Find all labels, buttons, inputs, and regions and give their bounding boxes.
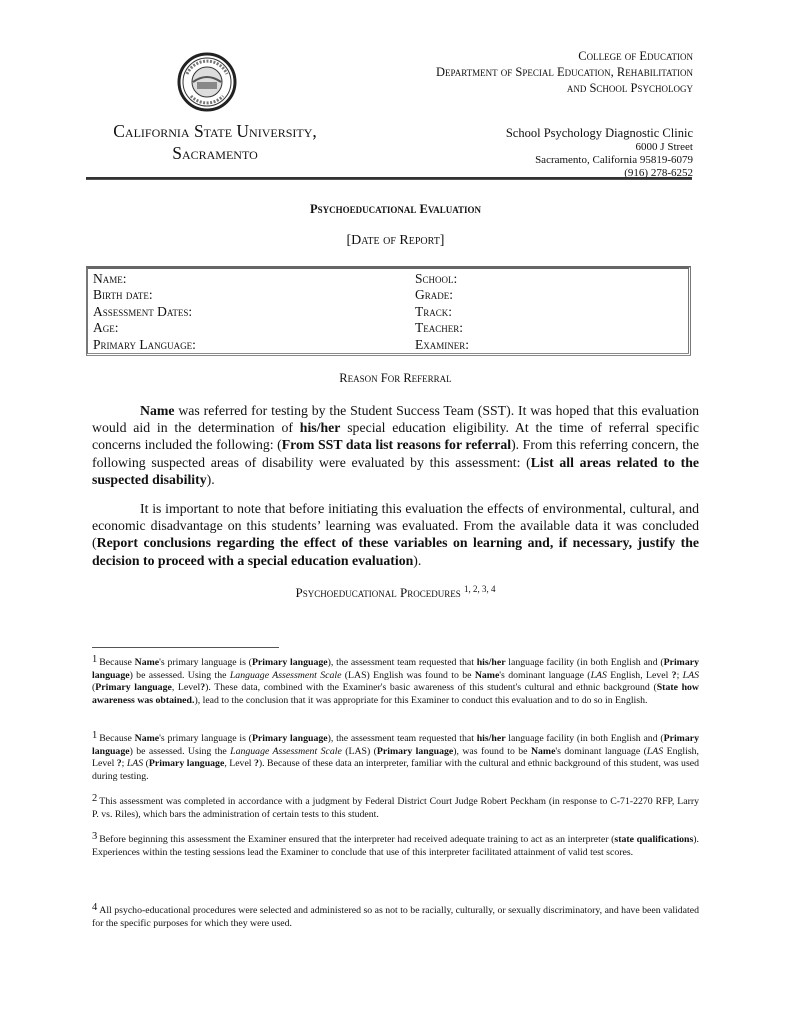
info-left-column: Name: Birth date: Assessment Dates: Age:… [93,271,196,353]
college-name: College of Education [436,48,693,64]
field-primary-language: Primary Language: [93,337,196,353]
field-teacher: Teacher: [415,320,469,336]
info-right-column: School: Grade: Track: Teacher: Examiner: [415,271,469,353]
university-seal-icon [177,52,237,112]
clinic-name: School Psychology Diagnostic Clinic [506,127,693,140]
field-name: Name: [93,271,196,287]
footnote-3: 3Before beginning this assessment the Ex… [92,834,699,859]
footnote-2: 2This assessment was completed in accord… [92,796,699,821]
report-date-placeholder: [Date of Report] [0,233,791,249]
header-divider [86,177,692,180]
clinic-address: School Psychology Diagnostic Clinic 6000… [506,127,693,180]
footnote-refs: 1, 2, 3, 4 [464,584,496,594]
document-title: Psychoeducational Evaluation [0,202,791,217]
field-birth-date: Birth date: [93,287,196,303]
department-name: Department of Special Education, Rehabil… [436,64,693,80]
footnote-1-english: 1Because Name's primary language is (Pri… [92,657,699,707]
field-grade: Grade: [415,287,469,303]
university-name: California State University, Sacramento [92,120,338,164]
field-track: Track: [415,304,469,320]
clinic-city: Sacramento, California 95819-6079 [506,154,693,167]
university-line-2: Sacramento [92,142,338,164]
student-info-box: Name: Birth date: Assessment Dates: Age:… [86,266,691,356]
footnote-4: 4All psycho-educational procedures were … [92,905,699,930]
referral-paragraph-2: It is important to note that before init… [92,500,699,569]
college-header: College of Education Department of Speci… [436,48,693,96]
footnote-divider [92,647,279,648]
procedures-heading: Psychoeducational Procedures 1, 2, 3, 4 [0,584,791,601]
field-age: Age: [93,320,196,336]
department-name-cont: and School Psychology [436,80,693,96]
clinic-street: 6000 J Street [506,141,693,154]
reason-for-referral-heading: Reason For Referral [0,371,791,386]
referral-paragraph-1: Name was referred for testing by the Stu… [92,402,699,488]
university-line-1: California State University, [92,120,338,142]
field-assessment-dates: Assessment Dates: [93,304,196,320]
footnote-1-interpreter: 1Because Name's primary language is (Pri… [92,733,699,783]
field-school: School: [415,271,469,287]
field-examiner: Examiner: [415,337,469,353]
